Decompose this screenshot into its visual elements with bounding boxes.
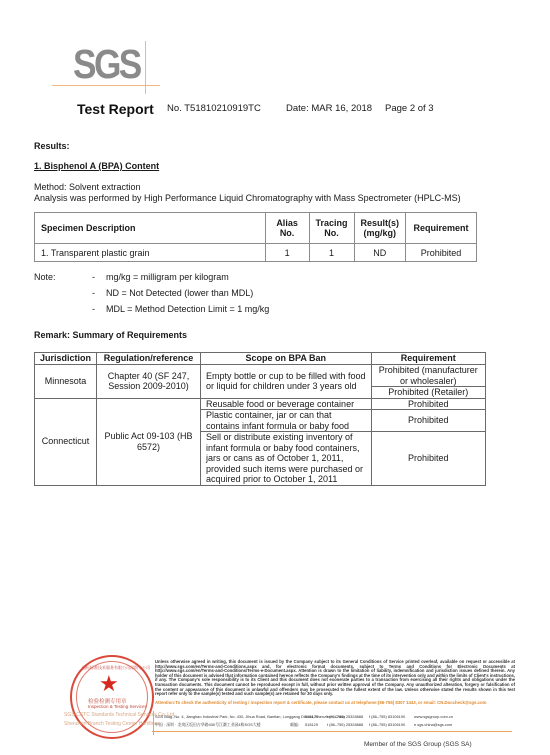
footer-horizontal-rule — [152, 731, 512, 732]
cell-requirement: Prohibited (manufacturer or wholesaler) — [371, 365, 485, 387]
sgs-logo: SGS — [73, 44, 140, 85]
col-specimen-description: Specimen Description — [35, 213, 266, 244]
requirements-table-header: Jurisdiction Regulation/reference Scope … — [35, 353, 486, 365]
method-text: Method: Solvent extraction — [34, 182, 141, 194]
col-requirement: Requirement — [371, 353, 485, 365]
report-title: Test Report — [77, 101, 154, 117]
website-link[interactable]: www.sgsgroup.com.cn — [414, 714, 453, 719]
section-title: 1. Bisphenol A (BPA) Content — [34, 161, 159, 173]
col-tracing-no: TracingNo. — [309, 213, 354, 244]
cell-scope: Plastic container, jar or can that conta… — [200, 410, 371, 432]
cell-requirement: Prohibited — [371, 398, 485, 410]
specimen-table: Specimen Description AliasNo. TracingNo.… — [34, 212, 477, 262]
cell-scope: Sell or distribute existing inventory of… — [200, 432, 371, 486]
cell-regulation: Chapter 40 (SF 247, Session 2009-2010) — [97, 365, 201, 399]
cell-description: 1. Transparent plastic grain — [35, 244, 266, 262]
table-row: Connecticut Public Act 09-103 (HB 6572) … — [35, 398, 486, 410]
fax: f (86–755) 83106190 — [369, 714, 405, 719]
col-scope: Scope on BPA Ban — [200, 353, 371, 365]
telephone: t (86–755) 25328888 — [327, 714, 363, 719]
cell-tracing-no: 1 — [309, 244, 354, 262]
table-row: 1. Transparent plastic grain 1 1 ND Proh… — [35, 244, 477, 262]
legal-disclaimer: Unless otherwise agreed in writing, this… — [155, 660, 515, 697]
note-item: mg/kg = milligram per kilogram — [106, 272, 229, 284]
cell-requirement: Prohibited — [406, 244, 477, 262]
note-bullet: - — [92, 304, 95, 316]
specimen-table-header: Specimen Description AliasNo. TracingNo.… — [35, 213, 477, 244]
cell-alias-no: 1 — [265, 244, 309, 262]
cell-regulation: Public Act 09-103 (HB 6572) — [97, 398, 201, 485]
telephone: t (86–755) 25328888 — [327, 722, 363, 727]
cell-requirement: Prohibited (Retailer) — [371, 387, 485, 399]
cell-jurisdiction: Connecticut — [35, 398, 97, 485]
email-link[interactable]: e sgs.china@sgs.com — [414, 722, 452, 727]
postcode-label: 邮编: — [290, 722, 299, 728]
member-statement: Member of the SGS Group (SGS SA) — [364, 741, 472, 748]
page-indicator: Page 2 of 3 — [385, 103, 434, 114]
logo-horizontal-rule — [52, 85, 160, 86]
postcode: 518129 — [305, 722, 318, 727]
postcode: 518129 — [305, 714, 318, 719]
note-label: Note: — [34, 272, 56, 284]
col-results: Result(s)(mg/kg) — [354, 213, 406, 244]
col-alias-no: AliasNo. — [265, 213, 309, 244]
report-number: No. T51810210919TC — [167, 103, 261, 114]
cell-scope: Empty bottle or cup to be filled with fo… — [200, 365, 371, 399]
branch-line-2: Shenzhen Branch Testing Center Hardlines — [64, 721, 160, 727]
analysis-text: Analysis was performed by High Performan… — [34, 193, 461, 205]
note-bullet: - — [92, 272, 95, 284]
footer-vertical-rule — [153, 711, 154, 735]
col-jurisdiction: Jurisdiction — [35, 353, 97, 365]
table-row: Minnesota Chapter 40 (SF 247, Session 20… — [35, 365, 486, 387]
cell-jurisdiction: Minnesota — [35, 365, 97, 399]
cell-requirement: Prohibited — [371, 410, 485, 432]
report-date: Date: MAR 16, 2018 — [286, 103, 372, 114]
col-requirement: Requirement — [406, 213, 477, 244]
remark-title: Remark: Summary of Requirements — [34, 330, 187, 342]
col-regulation: Regulation/reference — [97, 353, 201, 365]
cell-result: ND — [354, 244, 406, 262]
note-item: MDL = Method Detection Limit = 1 mg/kg — [106, 304, 269, 316]
logo-vertical-rule — [145, 41, 146, 94]
star-icon: ★ — [99, 673, 119, 695]
cell-scope: Reusable food or beverage container — [200, 398, 371, 410]
fax: f (86–755) 83106190 — [369, 722, 405, 727]
address-chinese: 中国 · 深圳 · 龙岗区坂田吉华路430号江灏工业园4栋SGS大楼 — [155, 722, 261, 728]
requirements-table: Jurisdiction Regulation/reference Scope … — [34, 352, 486, 486]
authenticity-notice: Attention:To check the authenticity of t… — [155, 701, 515, 706]
cell-requirement: Prohibited — [371, 432, 485, 486]
note-bullet: - — [92, 288, 95, 300]
stamp-english-text: Inspection & Testing Services — [88, 704, 147, 709]
results-heading: Results: — [34, 141, 70, 153]
note-item: ND = Not Detected (lower than MDL) — [106, 288, 253, 300]
